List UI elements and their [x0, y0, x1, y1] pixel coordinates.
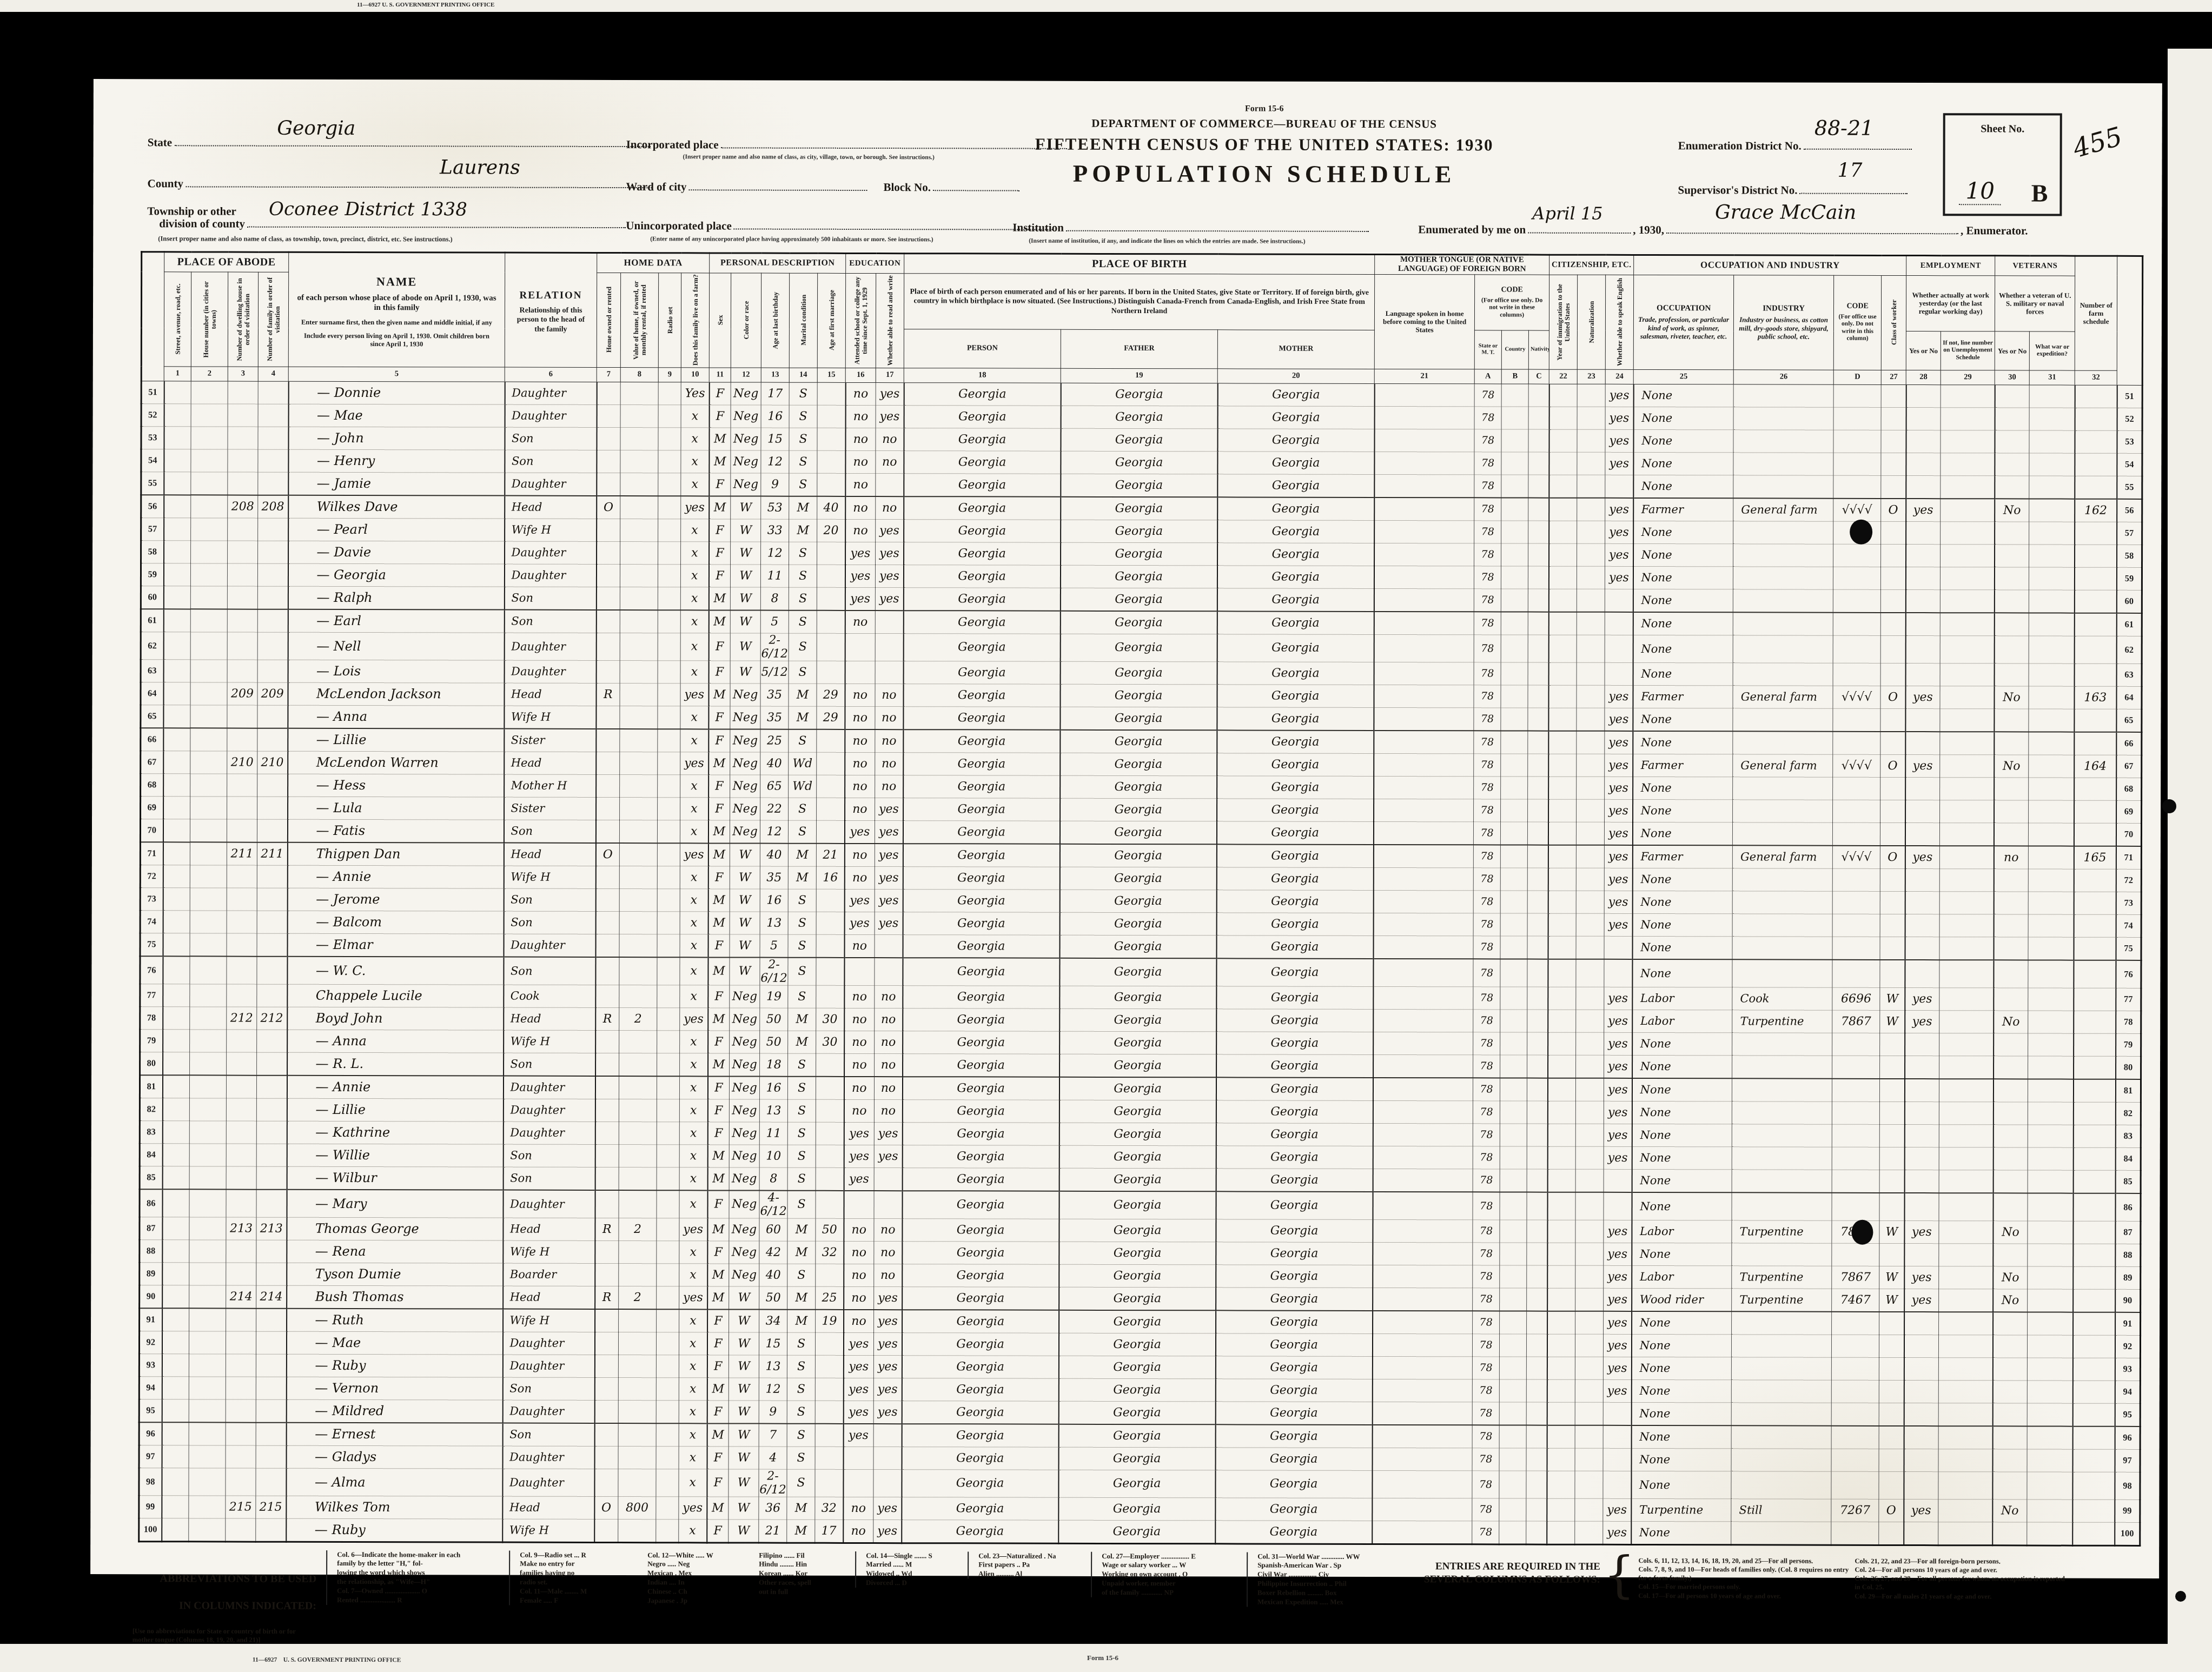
cell: [816, 985, 844, 1008]
cell: 34: [759, 1309, 787, 1332]
cell: [2028, 1357, 2073, 1380]
cell: yes: [843, 1378, 873, 1401]
cell: 78: [1474, 753, 1501, 776]
cell: W: [730, 633, 760, 660]
cell: 78: [1474, 497, 1501, 521]
cell: [190, 728, 227, 751]
code-d-header: CODE (For office use only. Do not write …: [1833, 275, 1881, 370]
cell: 13: [759, 1099, 787, 1122]
block-label: Block No.: [883, 181, 931, 194]
cell: [163, 887, 190, 910]
cell: [227, 797, 257, 819]
cell: x: [680, 797, 708, 820]
col-30-header: Yes or No: [1995, 331, 2029, 370]
cell: [1374, 776, 1474, 799]
cell: Wife H: [502, 1519, 594, 1542]
cell: [163, 1006, 190, 1029]
cell: Georgia: [1217, 520, 1374, 543]
cell: Head: [504, 683, 596, 706]
cell: [1994, 891, 2028, 914]
cell: [1501, 566, 1528, 588]
cell: [1831, 1425, 1879, 1449]
cell: x: [680, 1053, 708, 1076]
cell: [1904, 1380, 1938, 1403]
county-field: County Laurens: [147, 170, 652, 191]
cell: [1938, 1426, 1992, 1449]
cell: M: [707, 1423, 728, 1447]
cell: M: [707, 1263, 729, 1286]
cell: [1528, 452, 1549, 475]
cell: Son: [504, 587, 596, 610]
cell: yes: [1904, 1499, 1938, 1522]
enum-date-line: April 15: [1528, 218, 1631, 234]
line-number: 73: [140, 887, 163, 910]
cell: 78: [1473, 867, 1500, 890]
cell: [1373, 1032, 1473, 1054]
cell: [1732, 959, 1832, 987]
cell: 78: [1474, 588, 1501, 612]
cell: [227, 819, 257, 842]
cell: x: [679, 1167, 707, 1190]
cell: [1526, 1471, 1547, 1498]
cell: [2074, 1033, 2116, 1056]
cell: yes: [679, 1218, 707, 1240]
cell: [162, 1468, 189, 1495]
cell: [1548, 708, 1577, 731]
cell: Georgia: [1060, 775, 1217, 799]
cell: yes: [680, 843, 708, 866]
cell: [658, 587, 680, 610]
cell: [594, 1519, 618, 1542]
cell: Georgia: [1058, 1356, 1215, 1379]
cell: [1575, 1311, 1604, 1334]
cell: [875, 934, 903, 958]
cell: 78: [1473, 1100, 1500, 1123]
cell: [257, 933, 287, 957]
line-number: 80: [140, 1052, 163, 1075]
cell: M: [707, 1286, 729, 1309]
cell: 15: [761, 428, 789, 450]
cell: [2074, 1102, 2116, 1125]
col-8-header: Value of home, if owned, or monthly rent…: [620, 273, 658, 367]
cell: O: [594, 1496, 618, 1519]
cell: [1501, 821, 1528, 845]
stamp-455: 455: [2070, 121, 2125, 164]
cell: [1940, 732, 1994, 755]
cell: [1880, 1078, 1905, 1102]
cell: 53: [761, 496, 789, 519]
cell: Georgia: [1058, 1520, 1215, 1544]
cell: no: [845, 752, 875, 775]
cell: [1499, 1379, 1526, 1402]
cell: yes: [1604, 1288, 1632, 1311]
cell: [1372, 1498, 1472, 1521]
cell: [1939, 1056, 1994, 1079]
cell: S: [789, 542, 817, 565]
cell: [1832, 1311, 1879, 1335]
cell: [657, 985, 680, 1007]
cell: [2027, 1449, 2072, 1471]
cell: [1881, 567, 1906, 589]
cell: W: [729, 1332, 759, 1355]
cell: yes: [1603, 1498, 1631, 1521]
cell: [1992, 1449, 2027, 1471]
cell: [1577, 799, 1605, 822]
cell: [1373, 1054, 1473, 1078]
cell: M: [708, 1053, 730, 1076]
cell: F: [708, 729, 730, 752]
cell: [1905, 1102, 1939, 1124]
line-number: 62: [141, 632, 163, 659]
cell: yes: [1604, 868, 1632, 891]
column-number: 27: [1881, 370, 1906, 384]
cell: x: [680, 660, 708, 683]
cell: [1526, 1448, 1547, 1471]
census-rows: 51— DonnieDaughterYesFNeg17SnoyesGeorgia…: [139, 381, 2143, 1545]
cell: Georgia: [902, 1286, 1059, 1310]
cell: [1548, 777, 1577, 799]
col-28-header: Yes or No: [1906, 331, 1941, 370]
cell: S: [788, 957, 816, 985]
cell: 78: [1474, 406, 1501, 429]
line-number-right: 89: [2115, 1266, 2141, 1289]
cell: [1501, 452, 1528, 474]
cell: [1575, 1521, 1603, 1544]
cell: [1940, 635, 1994, 663]
cell: [1939, 1243, 1993, 1266]
cell: Wd: [789, 775, 817, 798]
cell: [190, 563, 227, 586]
cell: [1374, 588, 1474, 612]
cell: x: [679, 1190, 707, 1218]
cell: [163, 933, 190, 956]
cell: yes: [875, 820, 903, 844]
cell: 78: [1474, 776, 1501, 799]
cell: 11: [761, 565, 789, 587]
cell: yes: [875, 587, 903, 611]
cell: Son: [504, 820, 595, 843]
cell: Daughter: [502, 1469, 594, 1496]
cell: [164, 403, 191, 426]
col-2-header: House number (in cities or towns): [191, 271, 228, 366]
group-veterans: VETERANS: [1995, 256, 2075, 276]
cell: [658, 404, 681, 427]
cell: [1941, 521, 1995, 544]
cell: [1548, 1078, 1576, 1101]
col-a-header: State or M. T.: [1474, 330, 1501, 369]
cell: [817, 775, 845, 798]
cell: [1576, 936, 1604, 959]
cell: Georgia: [902, 1099, 1059, 1123]
cell: [1732, 1243, 1832, 1265]
cell: yes: [679, 1286, 707, 1309]
cell: [656, 1496, 679, 1519]
cell: [257, 865, 287, 888]
line-number-right: 62: [2116, 636, 2142, 664]
cell: [1549, 566, 1577, 589]
column-number: 21: [1374, 369, 1474, 383]
cell: [595, 985, 619, 1007]
cell: [189, 1445, 226, 1468]
cell: [1373, 890, 1473, 913]
cell: [620, 660, 658, 683]
cell: [1992, 1426, 2027, 1449]
cell: — Ernest: [286, 1422, 502, 1445]
cell: [594, 1332, 618, 1355]
cell: [1833, 407, 1881, 430]
cell: [657, 1144, 679, 1167]
cell: [1832, 937, 1880, 960]
cell: [1576, 891, 1604, 913]
cell: [1904, 1449, 1938, 1471]
cell: Farmer: [1633, 685, 1733, 708]
cell: [1372, 1470, 1472, 1498]
col-22-header: Year of immigration to the United States: [1549, 275, 1577, 369]
cell: Tyson Dumie: [287, 1263, 503, 1286]
cell: None: [1632, 913, 1732, 936]
cell: — Mildred: [286, 1399, 502, 1423]
cell: [1500, 1311, 1527, 1334]
cell: [1939, 1335, 1993, 1357]
cell: [163, 865, 190, 887]
cell: Georgia: [902, 1469, 1058, 1497]
cell: [1499, 1402, 1526, 1425]
cell: no: [843, 1497, 873, 1520]
sd-value: 17: [1838, 160, 1863, 182]
cell: Georgia: [904, 473, 1061, 496]
cell: Georgia: [903, 729, 1060, 753]
cell: [658, 610, 680, 633]
cell: [618, 1519, 656, 1542]
group-employment: EMPLOYMENT: [1906, 256, 1995, 276]
cell: no: [844, 1286, 874, 1310]
cell: [875, 661, 903, 684]
cell: — Lois: [288, 660, 504, 683]
line-number-right: 79: [2116, 1033, 2141, 1056]
cell: [1940, 846, 1994, 869]
cell: yes: [1604, 1078, 1632, 1101]
cell: — Ruby: [286, 1354, 502, 1377]
cell: [1831, 1403, 1879, 1426]
sheet-header: Form 15-6 DEPARTMENT OF COMMERCE—BUREAU …: [93, 79, 2162, 255]
cell: yes: [875, 866, 903, 889]
enumerated-field: Enumerated by me on April 15 , 1930, Gra…: [1418, 218, 2028, 237]
cell: yes: [1604, 1055, 1632, 1078]
cell: [257, 728, 288, 751]
cell: yes: [875, 798, 903, 820]
cell: [2074, 800, 2116, 823]
line-number: 78: [140, 1006, 163, 1029]
cell: no: [876, 428, 904, 450]
cell: 78: [1473, 959, 1500, 987]
cell: [227, 911, 257, 933]
col-18-header: PERSON: [904, 329, 1061, 368]
cell: [164, 449, 191, 472]
cell: M: [708, 752, 730, 774]
cell: [618, 1377, 656, 1400]
cell: M: [787, 1241, 816, 1264]
cell: Wife H: [504, 866, 595, 888]
township-line: Oconee District 1338: [247, 203, 626, 228]
cell: — R. L.: [287, 1052, 504, 1076]
cell: [618, 1400, 656, 1423]
cell: [1603, 1402, 1631, 1425]
cell: [1527, 1055, 1548, 1078]
cell: [1499, 1356, 1526, 1379]
cell: Labor: [1632, 1265, 1732, 1288]
cell: — Rena: [287, 1240, 503, 1263]
cell: [1904, 1471, 1938, 1499]
cell: — Ruth: [287, 1308, 503, 1331]
cell: yes: [1605, 822, 1633, 845]
cell: [2028, 937, 2074, 960]
cell: Georgia: [1058, 1378, 1215, 1402]
cell: [1905, 914, 1939, 937]
cell: yes: [1605, 543, 1633, 566]
cell: — Vernon: [286, 1377, 502, 1400]
cell: [657, 1099, 679, 1122]
line-number-right: 85: [2115, 1170, 2141, 1193]
cell: yes: [1604, 913, 1632, 936]
cell: None: [1632, 1146, 1732, 1169]
cell: [256, 1189, 287, 1217]
cell: None: [1633, 475, 1733, 498]
cell: [1527, 1078, 1548, 1101]
cell: [817, 661, 845, 684]
cell: Georgia: [902, 1167, 1059, 1191]
cell: [1500, 1100, 1527, 1123]
cell: None: [1633, 662, 1733, 685]
cell: yes: [874, 1145, 902, 1167]
cell: [191, 517, 228, 540]
line-number-right: 99: [2115, 1500, 2140, 1522]
cell: yes: [1604, 1311, 1632, 1334]
cell: [2029, 635, 2074, 663]
cell: yes: [875, 912, 903, 934]
cell: R: [595, 1286, 619, 1309]
cell: S: [789, 820, 817, 844]
sheet-number-box: Sheet No. 10 B: [1943, 113, 2062, 216]
cell: [1528, 822, 1548, 845]
cell: Georgia: [1217, 730, 1374, 753]
cell: [164, 426, 191, 449]
cell: [2075, 408, 2117, 430]
cell: [1733, 777, 1833, 799]
cell: 209: [227, 682, 257, 705]
cell: [1528, 708, 1548, 731]
cell: None: [1632, 1124, 1732, 1146]
cell: M: [789, 519, 817, 542]
cell: M: [708, 610, 730, 633]
cell: Georgia: [1217, 684, 1374, 707]
cell: Neg: [729, 1263, 759, 1286]
cell: [619, 1263, 657, 1286]
cell: [1500, 1009, 1527, 1032]
line-number: 53: [141, 426, 164, 449]
cell: 78: [1473, 1265, 1500, 1288]
cell: 9: [761, 473, 789, 496]
cell: [1548, 822, 1577, 845]
cell: [1879, 1425, 1904, 1449]
cell: 33: [761, 519, 789, 542]
cell: [658, 774, 680, 797]
cell: None: [1632, 1078, 1732, 1101]
cell: [817, 798, 845, 820]
cell: 165: [2074, 846, 2116, 869]
cell: Labor: [1632, 1010, 1732, 1032]
cell: [1373, 844, 1473, 867]
cell: Georgia: [1216, 844, 1373, 867]
cell: M: [788, 1008, 816, 1031]
cell: [2072, 1381, 2115, 1403]
cell: M: [789, 496, 817, 519]
cell: R: [596, 683, 620, 706]
cell: [1547, 1192, 1575, 1220]
cell: 78: [1474, 520, 1501, 543]
cell: Georgia: [1216, 935, 1373, 958]
cell: S: [788, 889, 816, 912]
cell: 78: [1473, 1169, 1500, 1192]
cell: [162, 1239, 189, 1262]
cell: x: [680, 564, 708, 587]
cell: [2028, 1010, 2074, 1033]
cell: yes: [1605, 708, 1633, 731]
cell: [618, 1332, 656, 1355]
cell: 78: [1474, 429, 1501, 452]
cell: [1548, 612, 1577, 635]
cell: no: [845, 382, 876, 405]
cell: 21: [816, 843, 844, 866]
cell: M: [707, 1377, 728, 1400]
cell: yes: [875, 844, 903, 867]
cell: [1881, 475, 1906, 499]
cell: [1904, 1243, 1939, 1266]
cell: [597, 427, 620, 450]
cell: Georgia: [1217, 798, 1374, 821]
cell: [657, 1122, 679, 1144]
column-number: 2: [191, 366, 228, 381]
group-relation: RELATION Relationship of this person to …: [505, 253, 597, 367]
cell: [1880, 937, 1905, 960]
line-number: 67: [141, 751, 163, 773]
cell: [1833, 589, 1880, 613]
cell: Georgia: [903, 587, 1060, 611]
cell: [658, 633, 680, 660]
line-number: 76: [140, 956, 163, 984]
cell: yes: [876, 405, 904, 428]
line-number: 72: [140, 865, 163, 887]
cell: Georgia: [1059, 890, 1216, 913]
col-3-header: Number of dwelling house in order of vis…: [228, 272, 258, 367]
cell: [1372, 1424, 1472, 1448]
line-number: 69: [141, 796, 163, 819]
cell: 78: [1474, 543, 1501, 566]
cell: 78: [1473, 890, 1500, 913]
cell: 8: [760, 587, 789, 611]
cell: [873, 1469, 902, 1497]
cell: Wife H: [503, 1309, 595, 1332]
cell: Sister: [504, 728, 596, 752]
cell: [2029, 499, 2075, 522]
cell: [1501, 406, 1528, 429]
cell: W: [728, 1519, 759, 1542]
cell: [1881, 407, 1906, 430]
cell: no: [844, 1264, 874, 1286]
cell: [1939, 1124, 1993, 1147]
line-number-right: 76: [2116, 960, 2141, 988]
cell: Georgia: [902, 1241, 1059, 1264]
cell: [1833, 384, 1881, 407]
